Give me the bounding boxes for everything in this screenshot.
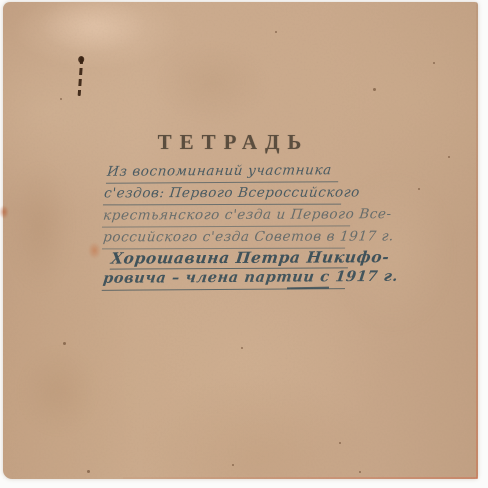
handwritten-line: российского с'езда Советов в 1917 г.	[102, 229, 347, 250]
speck	[373, 88, 376, 91]
handwritten-line: Хорошавина Петра Никифо-	[110, 247, 351, 269]
stain	[88, 242, 101, 259]
stain	[38, 0, 148, 54]
handwritten-line: Из воспоминаний участника	[106, 162, 340, 184]
speck	[275, 31, 277, 33]
stain	[19, 347, 97, 435]
speck	[433, 62, 435, 64]
paper-edge-bottom	[123, 477, 478, 479]
stain	[153, 40, 273, 125]
speck	[63, 342, 66, 345]
speck	[232, 464, 234, 466]
notebook-cover-page: ТЕТРАДЬ Из воспоминаний участника с'ездо…	[3, 2, 478, 479]
stain	[0, 205, 9, 219]
speck	[87, 470, 90, 473]
speck	[241, 347, 243, 349]
speck	[339, 442, 341, 444]
page-title: ТЕТРАДЬ	[0, 130, 471, 155]
stain	[9, 162, 71, 292]
handwritten-line: крестьянского с'езда и Первого Все-	[102, 206, 352, 227]
paper-edge-right	[476, 2, 478, 479]
ink-test-mark	[78, 57, 84, 96]
speck	[418, 188, 420, 190]
speck	[359, 471, 361, 473]
scan-background: ТЕТРАДЬ Из воспоминаний участника с'ездо…	[0, 0, 488, 488]
speck	[60, 98, 62, 100]
speck	[448, 156, 450, 158]
handwritten-line: с'ездов: Первого Всероссийского	[103, 185, 343, 206]
